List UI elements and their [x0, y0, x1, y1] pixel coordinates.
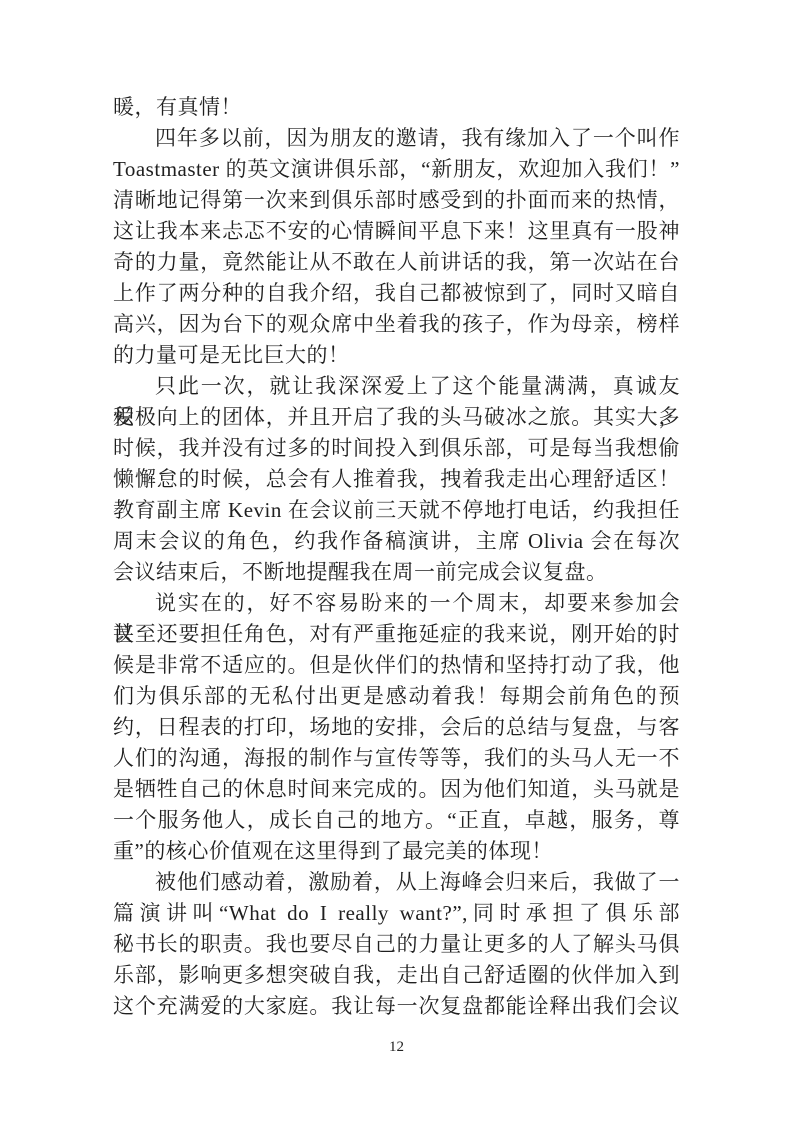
- text-line: 人们的沟通，海报的制作与宣传等等，我们的头马人无一不: [113, 743, 680, 774]
- text-line: 高兴，因为台下的观众席中坐着我的孩子，作为母亲，榜样: [113, 309, 680, 340]
- text-line: 上作了两分种的自我介绍，我自己都被惊到了，同时又暗自: [113, 278, 680, 309]
- text-line: 说实在的，好不容易盼来的一个周末，却要来参加会议，: [113, 588, 680, 619]
- text-line: 被他们感动着，激励着，从上海峰会归来后，我做了一: [113, 867, 680, 898]
- text-line: 乐部，影响更多想突破自我，走出自己舒适圈的伙伴加入到: [113, 960, 680, 991]
- text-line: Toastmaster 的英文演讲俱乐部，“新朋友，欢迎加入我们！”: [113, 154, 680, 185]
- text-line: 篇演讲叫“What do I really want?”,同时承担了俱乐部: [113, 898, 680, 929]
- text-line: 只此一次，就让我深深爱上了这个能量满满，真诚友爱，: [113, 371, 680, 402]
- text-line: 教育副主席 Kevin 在会议前三天就不停地打电话，约我担任: [113, 495, 680, 526]
- text-line: 重”的核心价值观在这里得到了最完美的体现！: [113, 836, 680, 867]
- text-line: 暖，有真情！: [113, 92, 680, 123]
- text-line: 一个服务他人，成长自己的地方。“正直，卓越，服务，尊: [113, 805, 680, 836]
- text-line: 是牺牲自己的休息时间来完成的。因为他们知道，头马就是: [113, 774, 680, 805]
- text-line: 懒懈怠的时候，总会有人推着我，拽着我走出心理舒适区！: [113, 464, 680, 495]
- text-line: 时候，我并没有过多的时间投入到俱乐部，可是每当我想偷: [113, 433, 680, 464]
- text-line: 秘书长的职责。我也要尽自己的力量让更多的人了解头马俱: [113, 929, 680, 960]
- page-number: 12: [0, 1036, 793, 1058]
- text-line: 这让我本来忐忑不安的心情瞬间平息下来！这里真有一股神: [113, 216, 680, 247]
- text-line: 甚至还要担任角色，对有严重拖延症的我来说，刚开始的时: [113, 619, 680, 650]
- text-line: 会议结束后，不断地提醒我在周一前完成会议复盘。: [113, 557, 680, 588]
- text-line: 约，日程表的打印，场地的安排，会后的总结与复盘，与客: [113, 712, 680, 743]
- text-line: 们为俱乐部的无私付出更是感动着我！每期会前角色的预: [113, 681, 680, 712]
- text-line: 这个充满爱的大家庭。我让每一次复盘都能诠释出我们会议: [113, 991, 680, 1022]
- text-line: 周末会议的角色，约我作备稿演讲，主席 Olivia 会在每次: [113, 526, 680, 557]
- text-line: 奇的力量，竟然能让从不敢在人前讲话的我，第一次站在台: [113, 247, 680, 278]
- text-line: 候是非常不适应的。但是伙伴们的热情和坚持打动了我，他: [113, 650, 680, 681]
- document-page: 暖，有真情！四年多以前，因为朋友的邀请，我有缘加入了一个叫作Toastmaste…: [0, 0, 793, 1122]
- text-line: 的力量可是无比巨大的！: [113, 340, 680, 371]
- body-text: 暖，有真情！四年多以前，因为朋友的邀请，我有缘加入了一个叫作Toastmaste…: [113, 92, 680, 1022]
- text-line: 四年多以前，因为朋友的邀请，我有缘加入了一个叫作: [113, 123, 680, 154]
- text-line: 清晰地记得第一次来到俱乐部时感受到的扑面而来的热情，: [113, 185, 680, 216]
- text-line: 积极向上的团体，并且开启了我的头马破冰之旅。其实大多: [113, 402, 680, 433]
